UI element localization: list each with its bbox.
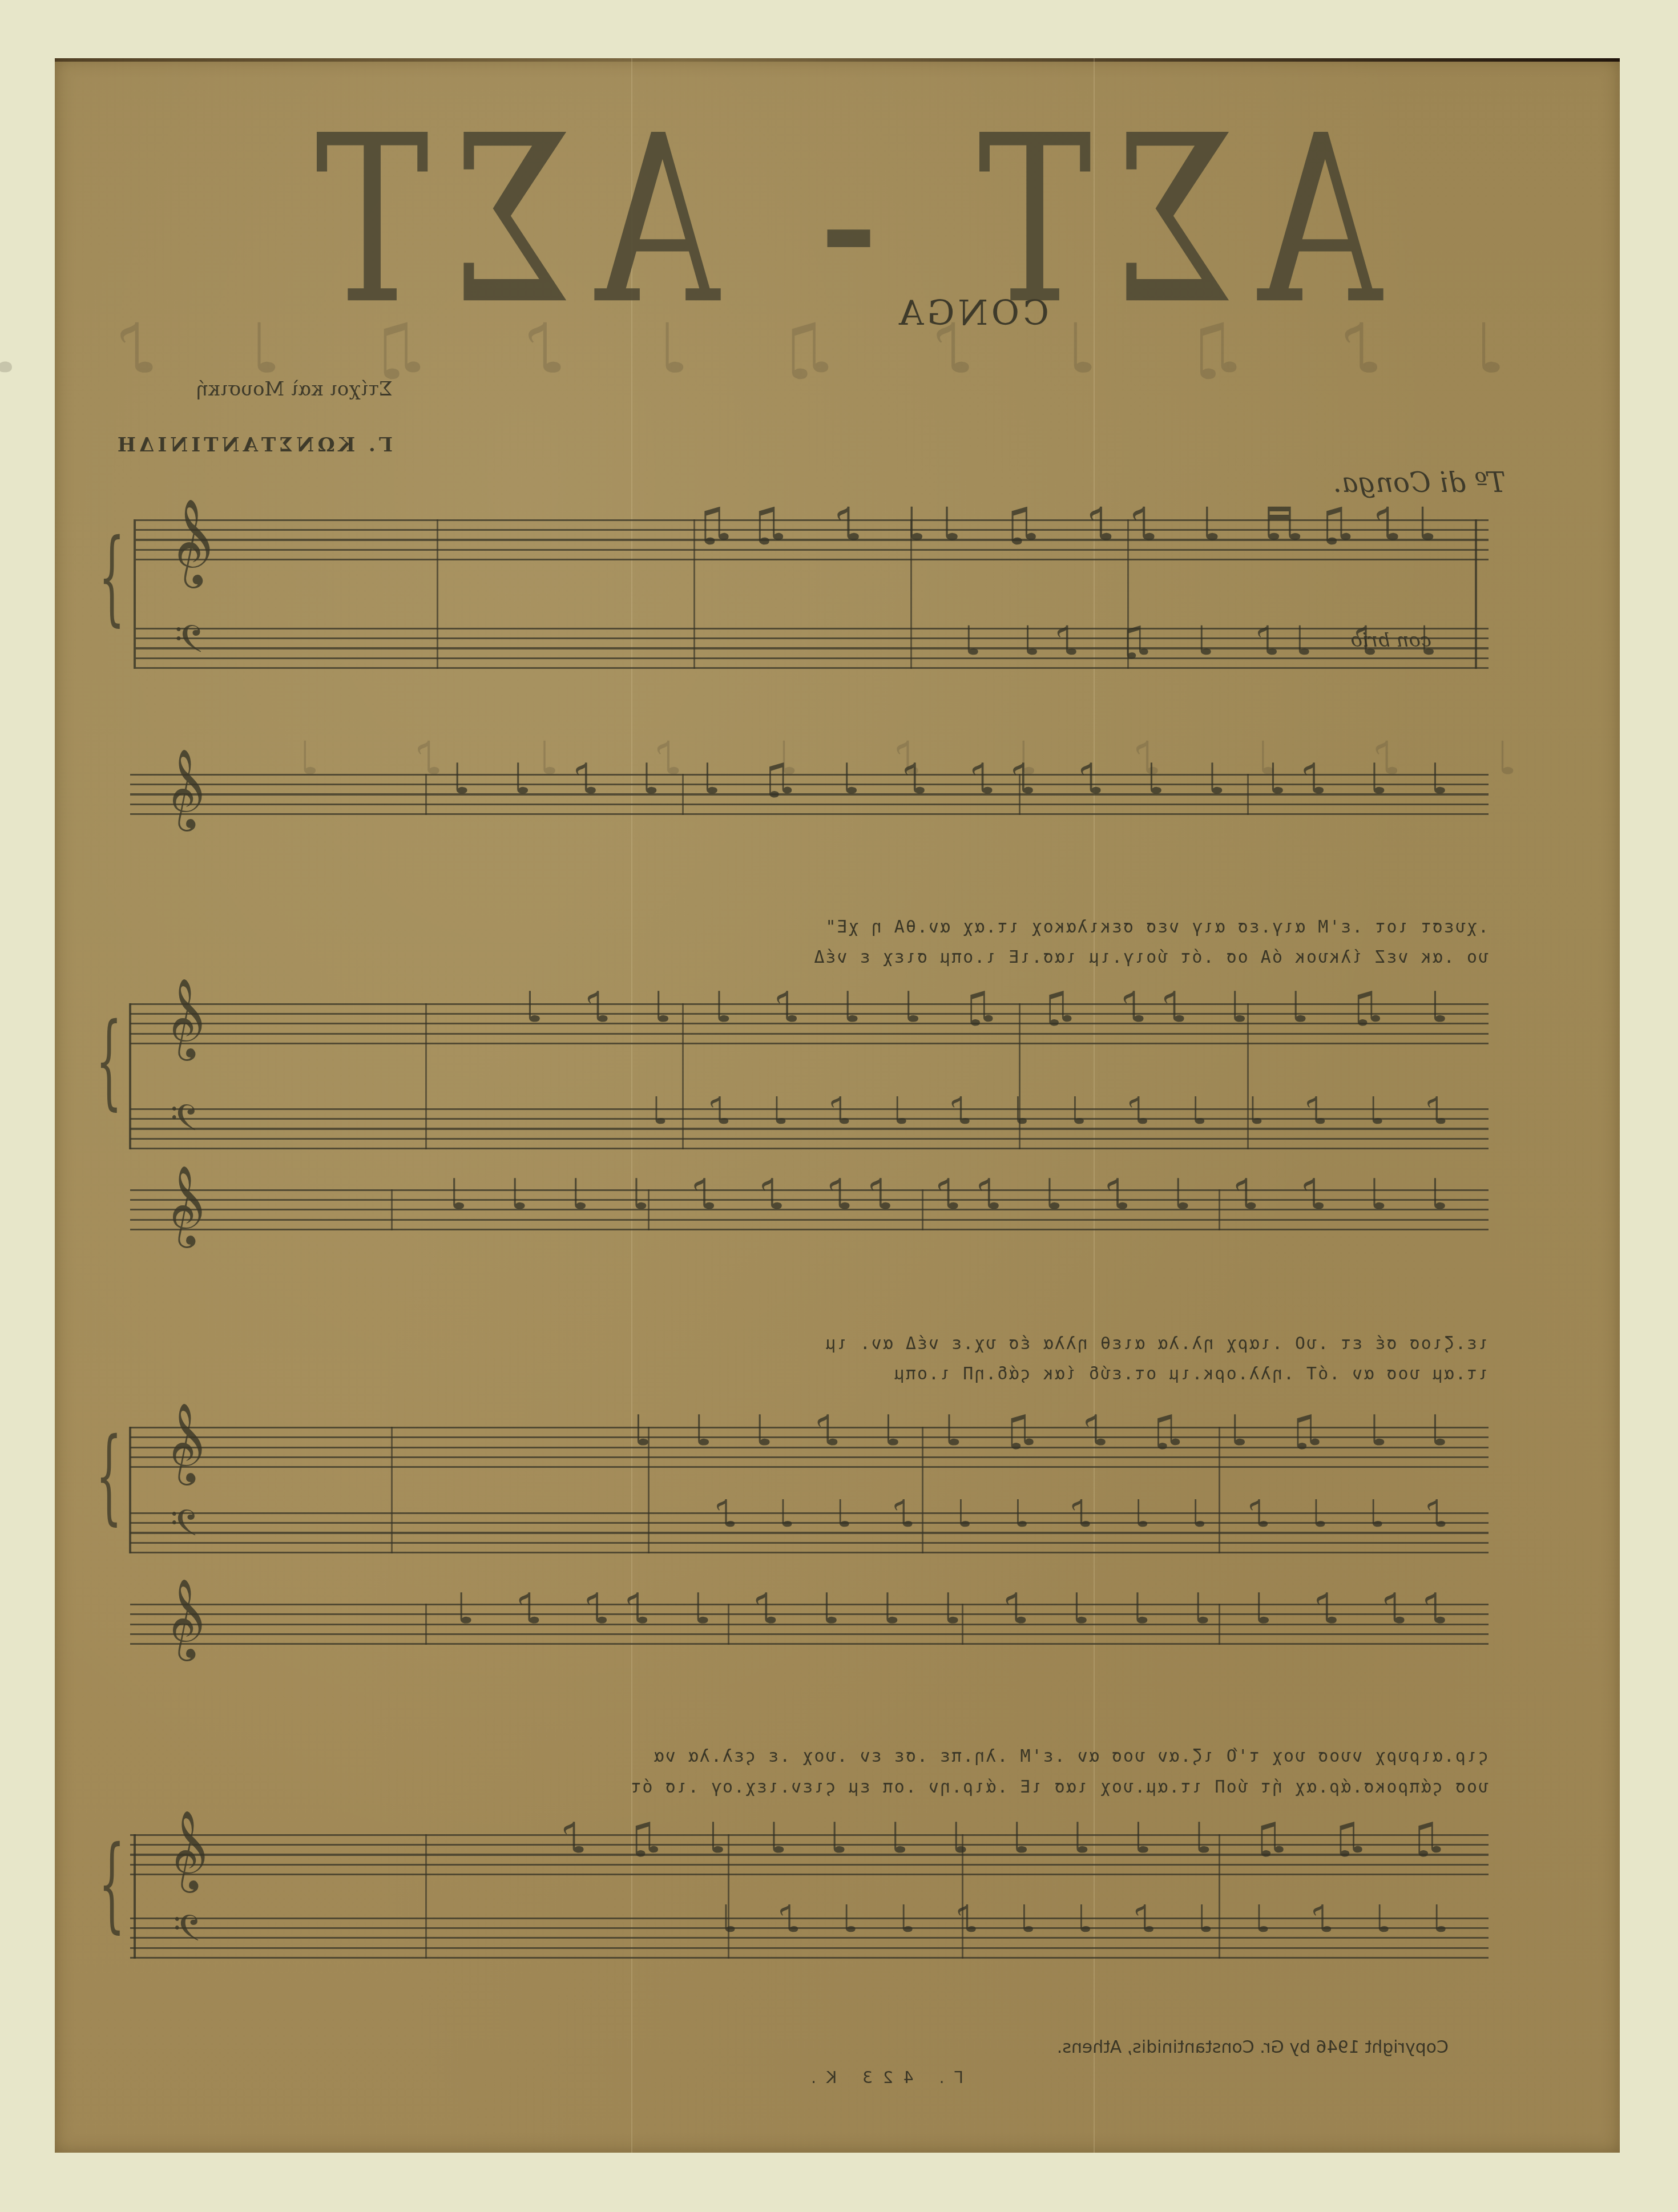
bass-notes: ♪ ♩ ♪ ♩ ♩ ♪ ♩ ♩ ♪ ♩ ♪ ♩ ♪ ♩ — [636, 1089, 1449, 1133]
treble-clef-icon: 𝄞 — [170, 978, 210, 1058]
bass-clef-icon: 𝄢 — [171, 1097, 199, 1149]
bass-notes: ♪ ♩ ♩ ♪ ♩ ♩ ♪ ♩ ♩ ♪ ♩ ♩ ♪ — [700, 1492, 1449, 1536]
treble-clef-icon: 𝄞 — [170, 1579, 210, 1658]
barline — [391, 1427, 393, 1553]
copyright-notice: Copyright 1946 by Gr. Constantinidis, At… — [1057, 2037, 1449, 2057]
barline — [437, 519, 438, 669]
barline — [425, 1604, 427, 1645]
lyrics-verse-2: ιτ.αμ υοσ αν .όΤ .ηλλ.ορκ.ιμ οτ.εύδ ίακ … — [893, 1364, 1489, 1384]
lyrics-verse-2: υο .ακ νεΖ ίλκυοκ όΑ οσ .ότ ύοιγ.ιμ ιασ.… — [813, 947, 1489, 967]
barline — [425, 1834, 427, 1959]
sheet-music-page: AΣT - AΣT CONGA Στίχοι καὶ Μουσική Γ. ΚΩ… — [55, 58, 1620, 2153]
system-start-bar — [134, 1834, 136, 1959]
treble-notes: ♩ ♫ ♩ ♩ ♪♪ ♫ ♫ ♩ ♩ ♪ ♩ ♩ ♪ ♩ — [510, 983, 1449, 1032]
lyrics-verse-2: υοσ ςάπροκσ.άρ.αχ ήτ ύοΠ ιτ.αμ.υοχ ιασ ι… — [630, 1777, 1489, 1797]
treble-notes: ♩♪♫♬ ♩ ♪♪ ♫ ♩♩ ♪ ♫♫ — [683, 498, 1437, 551]
bass-notes: ♩ ♩ ♪ ♩ ♩ ♪ ♩ ♩ ♪ ♩ ♩ ♪ ♩ — [707, 1897, 1449, 1941]
bass-clef-icon: 𝄢 — [174, 1907, 201, 1959]
system-start-bar — [129, 1427, 131, 1553]
system-start-bar — [129, 1003, 131, 1149]
voice-notes: ♪♪ ♪ ♩ ♩ ♩ ♩ ♪ ♩ ♩ ♩ ♪ ♩ ♪♪ ♪ ♩ — [441, 1584, 1449, 1633]
piano-brace: } — [99, 526, 125, 629]
piano-brace: } — [96, 1010, 122, 1113]
lyrics-verse-1: .χυεστ ιοτ .ε'Μ αιγ.εσ αιγ νεσ σεκιλακοχ… — [824, 917, 1489, 937]
bass-notes: ♩ ♪ ♩♪ ♩ ♫ ♪♩ ♩ — [949, 617, 1437, 664]
piano-brace: } — [99, 1833, 125, 1936]
system-start-bar — [134, 519, 136, 669]
voice-notes: ♩ ♩ ♪ ♪ ♩ ♪ ♩ ♪♪ ♪♪ ♪ ♪ ♩ ♩ ♩ ♩ — [434, 1170, 1449, 1219]
tempo-marking: Tº di Conga. — [1333, 467, 1506, 499]
bleed-through-notation: ♩ ♪ ♫ ♩ ♪ ♫ ♩ ♪ ♫ ♩ ♪ ♫ — [0, 309, 1506, 389]
treble-clef-icon: 𝄞 — [170, 1165, 210, 1245]
bass-clef-icon: 𝄢 — [175, 617, 204, 671]
lyrics-verse-1: ςιρ.αιρυρχ νυοσ υοχ τ'Ό ιζ.αν υοσ αν .ε'… — [653, 1746, 1489, 1766]
credits-composer: Γ. ΚΩΝΣΤΑΝΤΙΝΙΔΗ — [114, 434, 393, 457]
treble-clef-icon: 𝄞 — [170, 749, 210, 829]
treble-notes: ♩ ♩ ♫ ♩ ♫ ♪ ♫ ♩ ♩ ♪ ♩ ♩ ♩ — [618, 1406, 1449, 1455]
bass-clef-icon: 𝄢 — [171, 1502, 199, 1554]
final-double-bar — [1475, 519, 1477, 669]
lyrics-verse-1: ιε.ζιοσ σέ ετ .υΟ .ιαρχ ηλ.λα αιεθ ηλλα … — [824, 1334, 1489, 1354]
treble-notes: ♫ ♫ ♫ ♩ ♩ ♩ ♩ ♩ ♩ ♩ ♩ ♩ ♫ ♪ — [546, 1814, 1449, 1863]
barline — [391, 1189, 393, 1230]
mirrored-content-layer: AΣT - AΣT CONGA Στίχοι καὶ Μουσική Γ. ΚΩ… — [55, 58, 1620, 2153]
treble-clef-icon: 𝄞 — [172, 1810, 213, 1890]
treble-clef-icon: 𝄞 — [175, 498, 219, 586]
piano-brace: } — [96, 1425, 122, 1528]
barline — [425, 1003, 427, 1149]
barline — [425, 774, 427, 815]
voice-notes: ♩ ♩ ♪♩ ♩ ♩ ♪ ♪♪ ♪ ♩ ♫ ♩ ♩ ♪ ♩ ♩ — [437, 754, 1449, 804]
plate-number: Γ. 423 Κ. — [801, 2068, 963, 2087]
treble-clef-icon: 𝄞 — [170, 1403, 210, 1483]
